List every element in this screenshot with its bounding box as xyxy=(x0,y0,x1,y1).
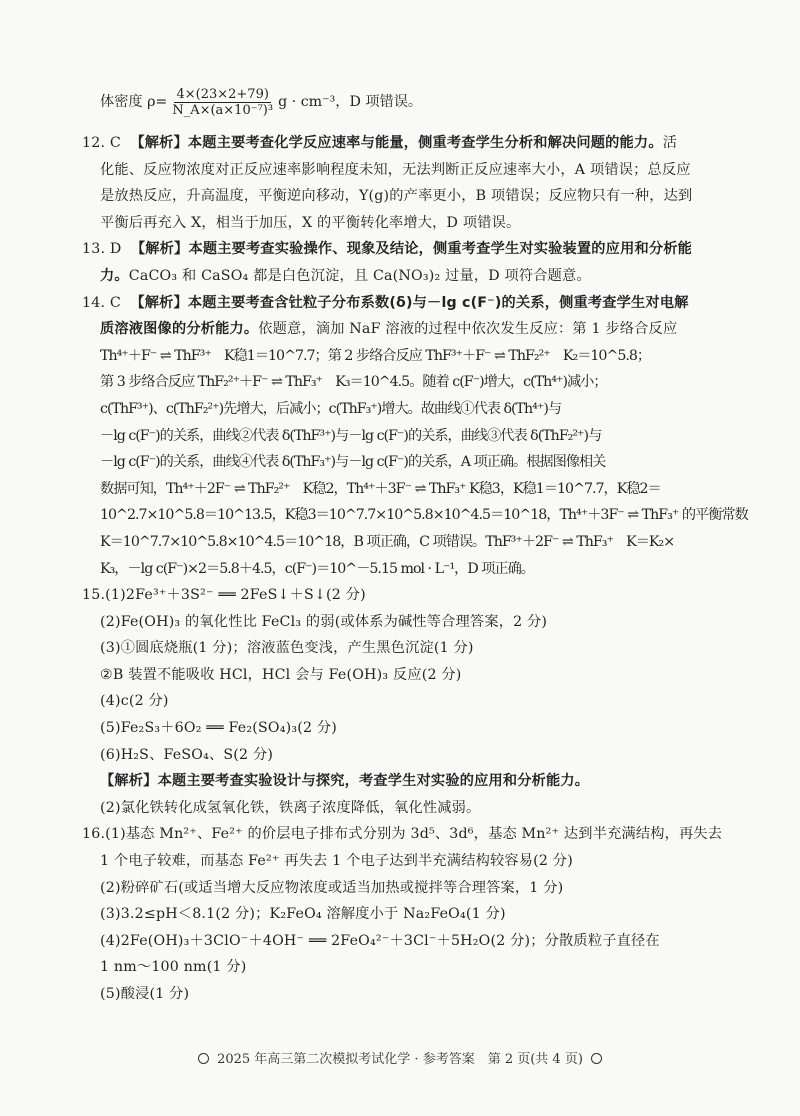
answer-text: 数据可知，Th⁴⁺＋2F⁻ ⇌ ThF₂²⁺ K稳2，Th⁴⁺＋3F⁻ ⇌ Th… xyxy=(100,476,735,503)
analysis-tag: 【解析】 xyxy=(131,241,189,257)
footer-text: 2025 年高三第二次模拟考试化学 · 参考答案 第 2 页(共 4 页) xyxy=(217,1052,583,1067)
diamond-ornament-icon xyxy=(591,1053,602,1064)
analysis-tag: 【解析】 xyxy=(130,135,188,151)
answer-text: 第 3 步络合反应 ThF₂²⁺＋F⁻ ⇌ ThF₃⁺ K₃＝10^4.5。随着… xyxy=(100,369,735,396)
q11-continuation: 体密度 ρ= 4×(23×2+79) N_A×(a×10⁻⁷)³ g · cm⁻… xyxy=(100,74,735,130)
answer-text: (4)c(2 分) xyxy=(100,688,735,715)
answer-text: ②B 装置不能吸收 HCl，HCl 会与 Fe(OH)₃ 反应(2 分) xyxy=(100,662,735,689)
question-number: 15. xyxy=(82,582,105,609)
answer-text: 是放热反应，升高温度，平衡逆向移动，Y(g)的产率更小，B 项错误；反应物只有一… xyxy=(100,183,735,210)
question-number: 13. D xyxy=(82,236,121,263)
density-label: 体密度 ρ= xyxy=(100,89,167,116)
analysis-lead: 本题主要考查实验设计与探究，考查学生对实验的应用和分析能力。 xyxy=(158,773,590,789)
answer-15: 15.(1)2Fe³⁺＋3S²⁻ ══ 2FeS↓＋S↓(2 分) (2)Fe(… xyxy=(100,582,735,821)
answer-text: c(ThF³⁺)、c(ThF₂²⁺)先增大，后减小；c(ThF₃⁺)增大。故曲线… xyxy=(100,396,735,423)
answer-text: CaCO₃ 和 CaSO₄ 都是白色沉淀，且 Ca(NO₃)₂ 过量，D 项符合… xyxy=(129,268,591,284)
answer-text: Th⁴⁺＋F⁻ ⇌ ThF³⁺ K稳1＝10^7.7；第 2 步络合反应 ThF… xyxy=(100,343,735,370)
answer-text: (5)酸浸(1 分) xyxy=(100,981,735,1008)
analysis-lead: 质溶液图像的分析能力。 xyxy=(100,321,258,337)
analysis-lead: 本题主要考查化学反应速率与能量，侧重考查学生分析和解决问题的能力。 xyxy=(188,135,663,151)
answer-text: (2)Fe(OH)₃ 的氧化性比 FeCl₃ 的弱(或体系为碱性等合理答案，2 … xyxy=(100,609,735,636)
answer-text: (1)2Fe³⁺＋3S²⁻ ══ 2FeS↓＋S↓(2 分) xyxy=(105,587,366,603)
answer-13: 13. D 【解析】本题主要考查实验操作、现象及结论，侧重考查学生对实验装置的应… xyxy=(100,236,735,289)
answer-text: 1 nm～100 nm(1 分) xyxy=(100,954,735,981)
question-number: 12. C xyxy=(82,130,121,157)
answer-text: 10^2.7×10^5.8＝10^13.5，K稳3＝10^7.7×10^5.8×… xyxy=(100,502,735,529)
answer-text: －lg c(F⁻)的关系，曲线④代表 δ(ThF₃⁺)与－lg c(F⁻)的关系… xyxy=(100,449,735,476)
answer-12: 12. C 【解析】本题主要考查化学反应速率与能量，侧重考查学生分析和解决问题的… xyxy=(100,130,735,236)
answer-text: (2)氯化铁转化成氢氧化铁，铁离子浓度降低，氧化性减弱。 xyxy=(100,795,735,822)
answer-text: 1 个电子较难，而基态 Fe²⁺ 再失去 1 个电子达到半充满结构较容易(2 分… xyxy=(100,848,735,875)
answer-text: K₃，－lg c(F⁻)×2＝5.8＋4.5，c(F⁻)＝10^－5.15 mo… xyxy=(100,556,735,583)
analysis-lead: 本题主要考查实验操作、现象及结论，侧重考查学生对实验装置的应用和分析能 xyxy=(188,241,692,257)
answer-16: 16.(1)基态 Mn²⁺、Fe²⁺ 的价层电子排布式分别为 3d⁵、3d⁶，基… xyxy=(100,821,735,1007)
answer-text: (3)3.2≤pH＜8.1(2 分)；K₂FeO₄ 溶解度小于 Na₂FeO₄(… xyxy=(100,901,735,928)
answer-text: 依题意，滴加 NaF 溶液的过程中依次发生反应：第 1 步络合反应 xyxy=(258,321,677,337)
answer-page: 体密度 ρ= 4×(23×2+79) N_A×(a×10⁻⁷)³ g · cm⁻… xyxy=(0,0,800,1116)
question-number: 16. xyxy=(82,821,105,848)
answer-text: (3)①圆底烧瓶(1 分)；溶液蓝色变浅，产生黑色沉淀(1 分) xyxy=(100,635,735,662)
analysis-tag: 【解析】 xyxy=(100,773,158,789)
answer-text: (4)2Fe(OH)₃＋3ClO⁻＋4OH⁻ ══ 2FeO₄²⁻＋3Cl⁻＋5… xyxy=(100,928,735,955)
answer-text: (1)基态 Mn²⁺、Fe²⁺ 的价层电子排布式分别为 3d⁵、3d⁶，基态 M… xyxy=(105,826,722,842)
fraction-denominator: N_A×(a×10⁻⁷)³ xyxy=(170,103,275,118)
density-unit: g · cm⁻³，D 项错误。 xyxy=(278,89,422,116)
answer-text: (6)H₂S、FeSO₄、S(2 分) xyxy=(100,742,735,769)
fraction-numerator: 4×(23×2+79) xyxy=(174,87,270,103)
diamond-ornament-icon xyxy=(198,1053,209,1064)
density-fraction: 4×(23×2+79) N_A×(a×10⁻⁷)³ xyxy=(170,87,275,118)
answer-text: －lg c(F⁻)的关系，曲线②代表 δ(ThF³⁺)与－lg c(F⁻)的关系… xyxy=(100,423,735,450)
question-number: 14. C xyxy=(82,290,121,317)
analysis-lead: 本题主要考查含钍粒子分布系数(δ)与－lg c(F⁻)的关系，侧重考查学生对电解 xyxy=(188,295,689,311)
analysis-tag: 【解析】 xyxy=(130,295,188,311)
analysis-lead: 力。 xyxy=(100,268,129,284)
page-footer: 2025 年高三第二次模拟考试化学 · 参考答案 第 2 页(共 4 页) xyxy=(0,1048,800,1067)
answer-text: 平衡后再充入 X，相当于加压，X 的平衡转化率增大，D 项错误。 xyxy=(100,210,735,237)
answer-text: 化能、反应物浓度对正反应速率影响程度未知，无法判断正反应速率大小，A 项错误；总… xyxy=(100,157,735,184)
answer-14: 14. C 【解析】本题主要考查含钍粒子分布系数(δ)与－lg c(F⁻)的关系… xyxy=(100,290,735,583)
answer-text: 活 xyxy=(663,135,677,151)
page-content: 体密度 ρ= 4×(23×2+79) N_A×(a×10⁻⁷)³ g · cm⁻… xyxy=(100,74,735,1008)
answer-text: (2)粉碎矿石(或适当增大反应物浓度或适当加热或搅拌等合理答案，1 分) xyxy=(100,875,735,902)
answer-text: K＝10^7.7×10^5.8×10^4.5＝10^18，B 项正确，C 项错误… xyxy=(100,529,735,556)
answer-text: (5)Fe₂S₃＋6O₂ ══ Fe₂(SO₄)₃(2 分) xyxy=(100,715,735,742)
